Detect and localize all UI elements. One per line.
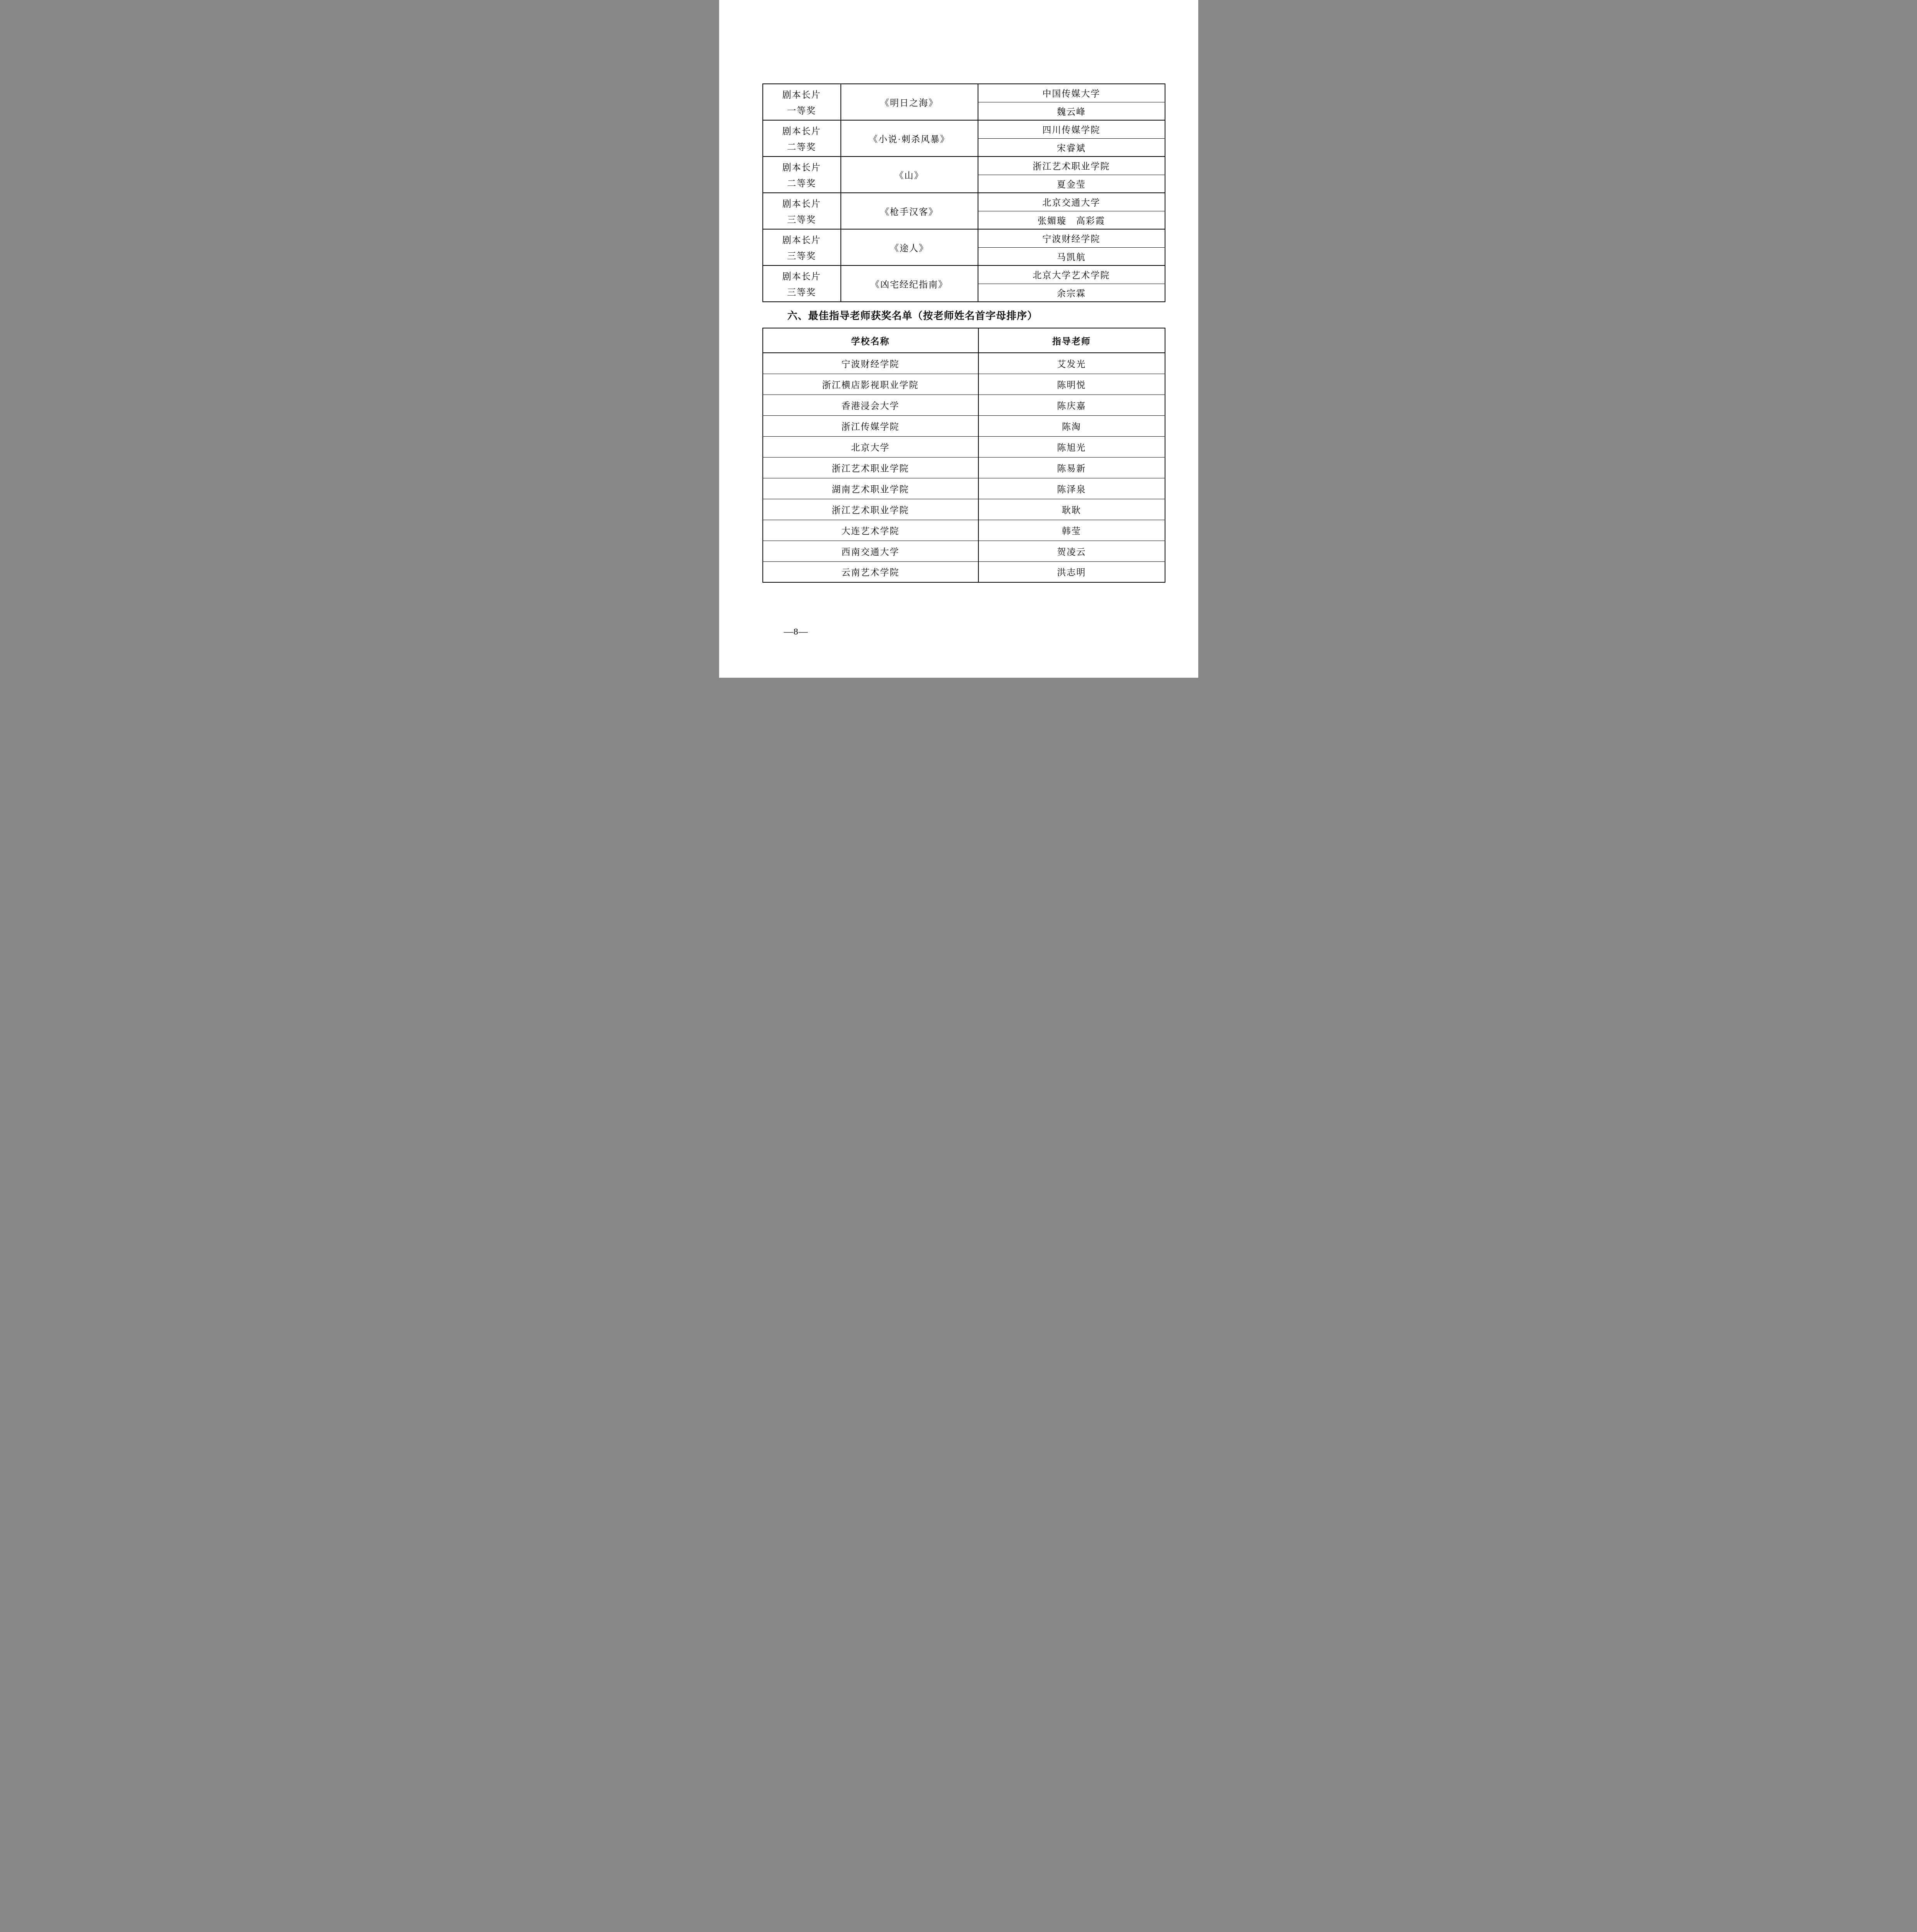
school-name-cell: 云南艺术学院: [763, 561, 978, 582]
teacher-row: 浙江传媒学院 陈淘: [763, 415, 1165, 436]
teacher-name-cell: 陈旭光: [978, 436, 1165, 457]
school-name-cell: 浙江艺术职业学院: [763, 499, 978, 520]
film-title-cell: 《枪手汉客》: [841, 193, 978, 229]
award-category-line1: 剧本长片: [763, 160, 840, 173]
teacher-name-cell: 耿耿: [978, 499, 1165, 520]
school-cell: 四川传媒学院: [978, 120, 1165, 138]
award-category-line2: 三等奖: [763, 285, 840, 298]
teacher-row: 浙江艺术职业学院 耿耿: [763, 499, 1165, 520]
award-category-line1: 剧本长片: [763, 233, 840, 246]
film-title-cell: 《明日之海》: [841, 84, 978, 120]
school-name-cell: 浙江传媒学院: [763, 415, 978, 436]
school-name-cell: 浙江横店影视职业学院: [763, 374, 978, 395]
award-category-line1: 剧本长片: [763, 88, 840, 100]
teacher-row: 大连艺术学院 韩莹: [763, 520, 1165, 541]
film-title-cell: 《山》: [841, 156, 978, 193]
award-category-cell: 剧本长片 二等奖: [763, 120, 841, 156]
award-group-row: 剧本长片 二等奖 《小说·刺杀风暴》 四川传媒学院: [763, 120, 1165, 138]
teachers-table: 学校名称 指导老师 宁波财经学院 艾发光 浙江横店影视职业学院 陈明悦 香港浸会…: [762, 328, 1165, 583]
teacher-row: 北京大学 陈旭光: [763, 436, 1165, 457]
teacher-name-cell: 艾发光: [978, 353, 1165, 374]
teacher-row: 宁波财经学院 艾发光: [763, 353, 1165, 374]
teacher-name-cell: 洪志明: [978, 561, 1165, 582]
school-name-cell: 北京大学: [763, 436, 978, 457]
award-group-row: 剧本长片 三等奖 《枪手汉客》 北京交通大学: [763, 193, 1165, 211]
section-heading: 六、最佳指导老师获奖名单（按老师姓名首字母排序）: [788, 308, 1038, 322]
teacher-name-cell: 陈淘: [978, 415, 1165, 436]
teacher-row: 湖南艺术职业学院 陈泽泉: [763, 478, 1165, 499]
teacher-name-cell: 陈明悦: [978, 374, 1165, 395]
award-category-line2: 三等奖: [763, 249, 840, 262]
award-category-cell: 剧本长片 一等奖: [763, 84, 841, 120]
author-name-cell: 夏金莹: [978, 175, 1165, 193]
film-title-cell: 《途人》: [841, 229, 978, 265]
teacher-name-cell: 陈庆嘉: [978, 395, 1165, 415]
school-name-cell: 湖南艺术职业学院: [763, 478, 978, 499]
award-category-line1: 剧本长片: [763, 124, 840, 137]
author-name-cell: 张媚璇 高彩霞: [978, 211, 1165, 229]
award-category-cell: 剧本长片 二等奖: [763, 156, 841, 193]
author-name-cell: 余宗霖: [978, 284, 1165, 302]
page-number: —8—: [784, 627, 808, 637]
teacher-name-cell: 贺凌云: [978, 541, 1165, 561]
school-cell: 北京大学艺术学院: [978, 265, 1165, 284]
film-title-cell: 《小说·刺杀风暴》: [841, 120, 978, 156]
award-category-line2: 一等奖: [763, 104, 840, 116]
award-category-cell: 剧本长片 三等奖: [763, 229, 841, 265]
teacher-header-cell: 指导老师: [978, 328, 1165, 353]
school-name-cell: 大连艺术学院: [763, 520, 978, 541]
teacher-row: 浙江艺术职业学院 陈易新: [763, 457, 1165, 478]
school-cell: 浙江艺术职业学院: [978, 156, 1165, 175]
school-name-cell: 浙江艺术职业学院: [763, 457, 978, 478]
author-name-cell: 宋睿斌: [978, 138, 1165, 156]
school-name-cell: 香港浸会大学: [763, 395, 978, 415]
school-name-cell: 西南交通大学: [763, 541, 978, 561]
award-group-row: 剧本长片 二等奖 《山》 浙江艺术职业学院: [763, 156, 1165, 175]
document-page: 剧本长片 一等奖 《明日之海》 中国传媒大学 魏云峰 剧本长片 二等奖 《: [719, 0, 1198, 678]
award-category-line1: 剧本长片: [763, 197, 840, 209]
teacher-name-cell: 陈泽泉: [978, 478, 1165, 499]
teacher-row: 香港浸会大学 陈庆嘉: [763, 395, 1165, 415]
teacher-name-cell: 陈易新: [978, 457, 1165, 478]
award-category-cell: 剧本长片 三等奖: [763, 193, 841, 229]
award-group-row: 剧本长片 三等奖 《凶宅经纪指南》 北京大学艺术学院: [763, 265, 1165, 284]
award-group-row: 剧本长片 三等奖 《途人》 宁波财经学院: [763, 229, 1165, 247]
award-group-row: 剧本长片 一等奖 《明日之海》 中国传媒大学: [763, 84, 1165, 102]
award-category-cell: 剧本长片 三等奖: [763, 265, 841, 302]
film-title-cell: 《凶宅经纪指南》: [841, 265, 978, 302]
teacher-name-cell: 韩莹: [978, 520, 1165, 541]
school-name-cell: 宁波财经学院: [763, 353, 978, 374]
award-category-line2: 三等奖: [763, 213, 840, 225]
author-name-cell: 魏云峰: [978, 102, 1165, 120]
school-cell: 宁波财经学院: [978, 229, 1165, 247]
teacher-row: 西南交通大学 贺凌云: [763, 541, 1165, 561]
award-category-line2: 二等奖: [763, 140, 840, 153]
award-category-line1: 剧本长片: [763, 269, 840, 282]
author-name-cell: 马凯航: [978, 247, 1165, 265]
school-cell: 中国传媒大学: [978, 84, 1165, 102]
awards-table: 剧本长片 一等奖 《明日之海》 中国传媒大学 魏云峰 剧本长片 二等奖 《: [762, 83, 1165, 302]
school-cell: 北京交通大学: [978, 193, 1165, 211]
teacher-row: 浙江横店影视职业学院 陈明悦: [763, 374, 1165, 395]
school-header-cell: 学校名称: [763, 328, 978, 353]
award-category-line2: 二等奖: [763, 176, 840, 189]
teachers-header-row: 学校名称 指导老师: [763, 328, 1165, 353]
teacher-row: 云南艺术学院 洪志明: [763, 561, 1165, 582]
